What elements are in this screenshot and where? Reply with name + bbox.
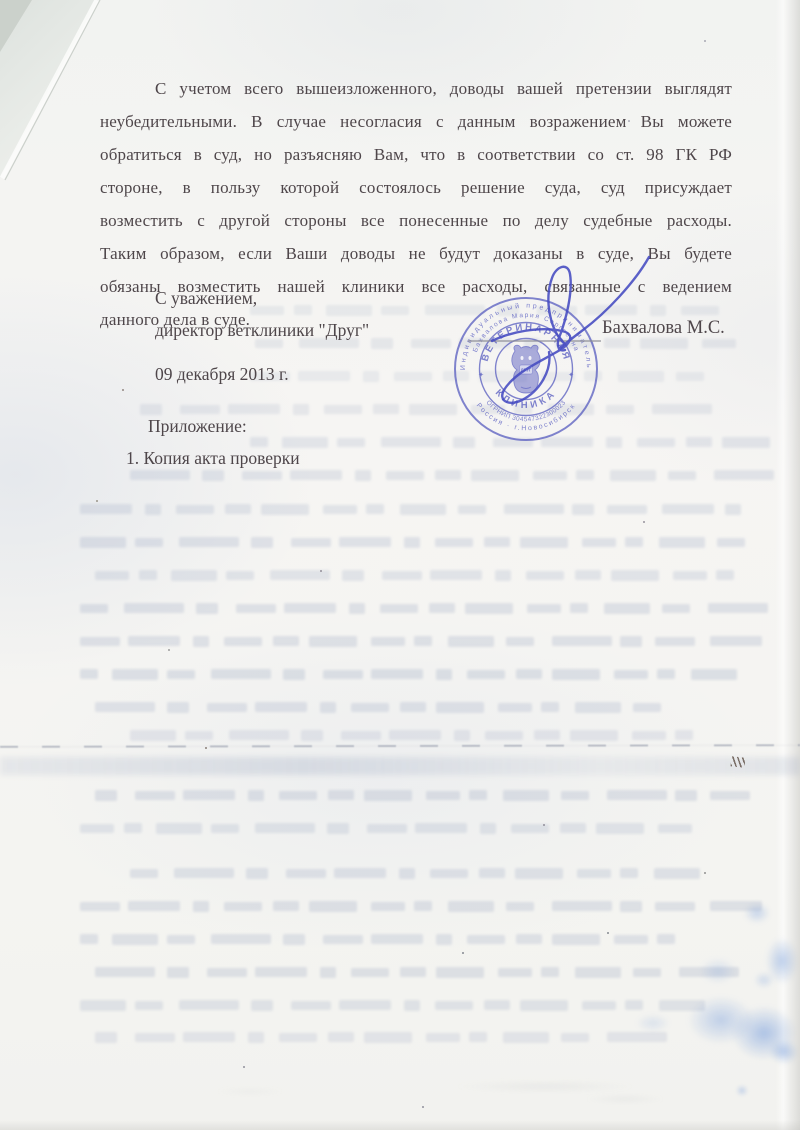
stamp-separator-left: ✦	[478, 371, 484, 379]
bleedthrough-text-line	[80, 821, 690, 835]
letter-body-line: С учетом всего вышеизложенного, доводы в…	[100, 72, 732, 105]
ink-bleed-smudge	[700, 958, 736, 984]
bleedthrough-text-line	[130, 728, 730, 742]
gray-smudge	[455, 1080, 635, 1093]
dust-speck	[607, 932, 609, 934]
dust-speck	[628, 120, 630, 122]
bleedthrough-text-line	[130, 866, 720, 880]
bleedthrough-text-line	[80, 601, 755, 615]
dust-speck	[543, 824, 545, 826]
bleedthrough-text-line	[80, 932, 715, 946]
bleedthrough-text-line	[140, 402, 740, 416]
letter-body-line: обратиться в суд, но разъясняю Вам, что …	[100, 138, 732, 171]
dust-speck	[422, 1106, 424, 1108]
ink-bleed-smudge	[688, 996, 754, 1044]
gray-smudge	[215, 1087, 285, 1096]
attachment-item: 1. Копия акта проверки	[126, 448, 300, 469]
dust-speck	[704, 872, 706, 874]
bleedthrough-text-line	[80, 634, 748, 648]
paper-bottom-edge	[0, 1120, 800, 1130]
ink-bleed-smudge	[636, 1014, 670, 1032]
closing-regards: С уважением,	[155, 288, 257, 309]
letter-body-line: Таким образом, если Ваши доводы не будут…	[100, 237, 732, 270]
dust-speck	[122, 389, 124, 391]
bleedthrough-text-line	[130, 468, 755, 482]
signer-name: Бахвалова М.С.	[602, 318, 725, 339]
gray-smudge	[585, 1094, 665, 1104]
ink-scribble-mark	[731, 756, 746, 767]
bleedthrough-text-line	[95, 700, 695, 714]
bleedthrough-text-line	[80, 535, 748, 549]
letter-body-line: неубедительными. В случае несогласия с д…	[100, 105, 732, 138]
dust-speck	[205, 747, 207, 749]
bleedthrough-text-line	[95, 1030, 635, 1044]
dust-speck	[96, 500, 98, 502]
scanned-letter-page: С учетом всего вышеизложенного, доводы в…	[0, 0, 800, 1130]
bleedthrough-text-line	[95, 788, 755, 802]
dust-speck	[704, 40, 706, 42]
ink-bleed-smudge	[737, 1086, 747, 1095]
attachment-label: Приложение:	[148, 416, 247, 437]
closing-role: директор ветклиники "Друг"	[155, 320, 369, 341]
bleedthrough-text-line	[80, 998, 720, 1012]
ink-bleed-smudge	[744, 903, 770, 923]
paper-right-edge	[776, 0, 800, 1130]
dust-speck	[643, 521, 645, 523]
dust-speck	[168, 649, 170, 651]
horizontal-crease-shadow	[0, 757, 800, 775]
letter-body-line: возместить с другой стороны все понесенн…	[100, 204, 732, 237]
bleedthrough-text-line	[95, 568, 755, 582]
bleedthrough-text-line	[95, 965, 750, 979]
dust-speck	[243, 1066, 245, 1068]
bleedthrough-text-line	[80, 667, 755, 681]
stamp-separator-right: ✦	[568, 371, 574, 379]
bleedthrough-text-line	[80, 502, 752, 516]
dust-speck	[462, 952, 464, 954]
ink-bleed-smudge	[754, 972, 774, 988]
horizontal-crease	[0, 744, 800, 748]
bleedthrough-text-line	[80, 899, 735, 913]
dog-emblem-icon: ДРУГ	[512, 345, 540, 393]
letter-body-line: стороне, в пользу которой состоялось реш…	[100, 171, 732, 204]
clinic-stamp: Индивидуальный предприниматель Бахвалова…	[441, 284, 611, 454]
stamp-center-label: ДРУГ	[521, 368, 532, 373]
dust-speck	[320, 570, 322, 572]
letter-date: 09 декабря 2013 г.	[155, 364, 289, 385]
